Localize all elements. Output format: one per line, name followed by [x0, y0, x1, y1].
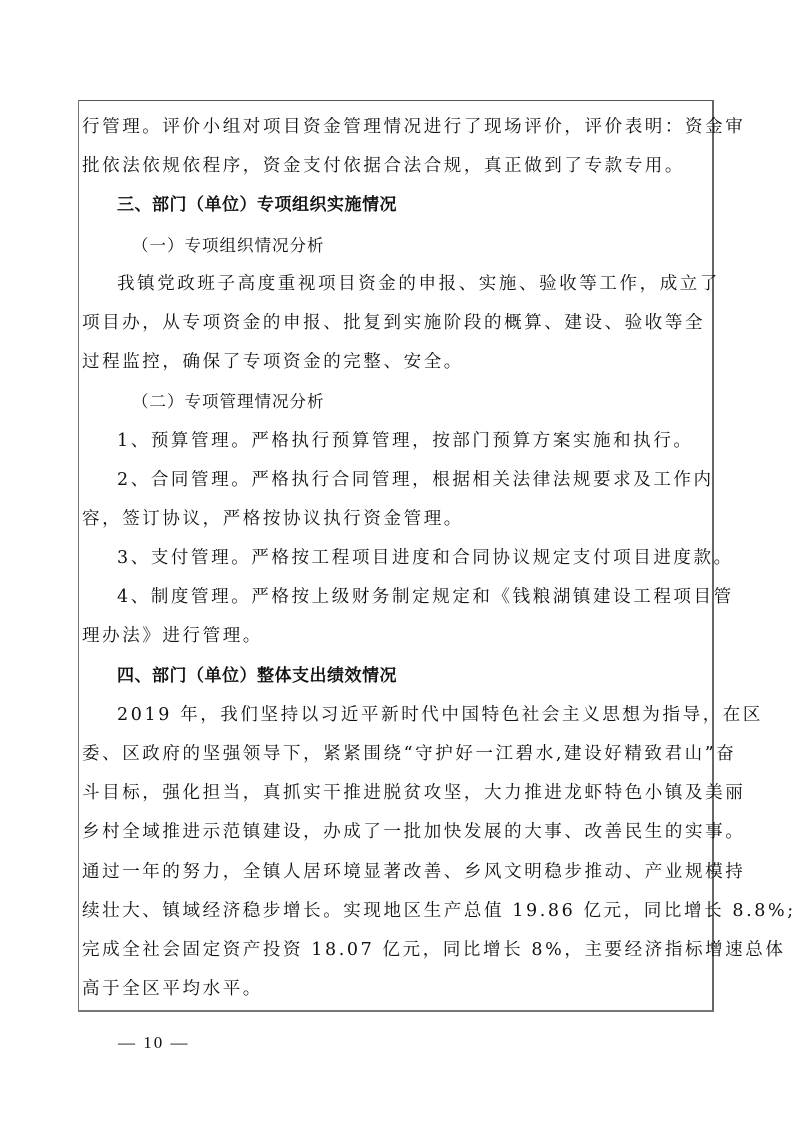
list-item-budget: 1、预算管理。严格执行预算管理，按部门预算方案实施和执行。 — [82, 422, 710, 461]
paragraph-line: 通过一年的努力，全镇人居环境显著改善、乡风文明稳步推动、产业规模持 — [82, 853, 710, 892]
document-body: 行管理。评价小组对项目资金管理情况进行了现场评价，评价表明：资金审 批依法依规依… — [82, 108, 710, 1009]
paragraph-line: 完成全社会固定资产投资 18.07 亿元，同比增长 8%，主要经济指标增速总体 — [82, 931, 710, 970]
paragraph-line: 过程监控，确保了专项资金的完整、安全。 — [82, 343, 710, 382]
list-item-system: 4、制度管理。严格按上级财务制定规定和《钱粮湖镇建设工程项目管 — [82, 578, 710, 617]
paragraph-line: 项目办，从专项资金的申报、批复到实施阶段的概算、建设、验收等全 — [82, 304, 710, 343]
list-item-contract: 2、合同管理。严格执行合同管理，根据相关法律法规要求及工作内 — [82, 461, 710, 500]
list-item-system-cont: 理办法》进行管理。 — [82, 617, 710, 656]
paragraph-line: 委、区政府的坚强领导下，紧紧围绕“守护好一江碧水,建设好精致君山”奋 — [82, 735, 710, 774]
paragraph-line: 斗目标，强化担当，真抓实干推进脱贫攻坚，大力推进龙虾特色小镇及美丽 — [82, 774, 710, 813]
paragraph-line: 高于全区平均水平。 — [82, 970, 710, 1009]
subsection-heading-1: （一）专项组织情况分析 — [82, 226, 710, 265]
page-number: — 10 — — [118, 1033, 190, 1053]
paragraph-line: 行管理。评价小组对项目资金管理情况进行了现场评价，评价表明：资金审 — [82, 108, 710, 147]
paragraph-line: 续壮大、镇域经济稳步增长。实现地区生产总值 19.86 亿元，同比增长 8.8%… — [82, 892, 710, 931]
paragraph-line: 2019 年，我们坚持以习近平新时代中国特色社会主义思想为指导，在区 — [82, 696, 710, 735]
section-heading-3: 三、部门（单位）专项组织实施情况 — [82, 186, 710, 225]
section-heading-4: 四、部门（单位）整体支出绩效情况 — [82, 657, 710, 696]
subsection-heading-2: （二）专项管理情况分析 — [82, 382, 710, 421]
paragraph-line: 批依法依规依程序，资金支付依据合法合规，真正做到了专款专用。 — [82, 147, 710, 186]
list-item-payment: 3、支付管理。严格按工程项目进度和合同协议规定支付项目进度款。 — [82, 539, 710, 578]
paragraph-line: 我镇党政班子高度重视项目资金的申报、实施、验收等工作，成立了 — [82, 265, 710, 304]
list-item-contract-cont: 容，签订协议，严格按协议执行资金管理。 — [82, 500, 710, 539]
paragraph-line: 乡村全域推进示范镇建设，办成了一批加快发展的大事、改善民生的实事。 — [82, 813, 710, 852]
